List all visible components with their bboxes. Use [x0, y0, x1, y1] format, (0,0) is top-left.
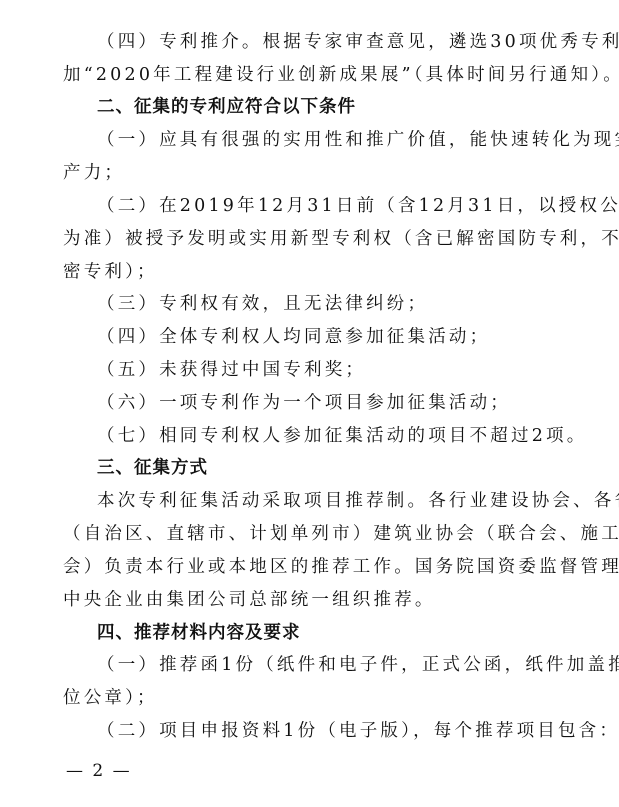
paragraph-line: （一）应具有很强的实用性和推广价值，能快速转化为现实生	[97, 129, 556, 151]
paragraph-line: （六）一项专利作为一个项目参加征集活动；	[97, 392, 556, 414]
paragraph-line: 加“2020年工程建设行业创新成果展”（具体时间另行通知）。	[63, 64, 556, 86]
paragraph-line: （三）专利权有效，且无法律纠纷；	[97, 293, 556, 315]
paragraph-line: （四）全体专利权人均同意参加征集活动；	[97, 326, 556, 348]
paragraph-line: 密专利）；	[63, 261, 556, 283]
paragraph-line: （七）相同专利权人参加征集活动的项目不超过2项。	[97, 425, 556, 447]
paragraph-line: 产力；	[63, 162, 556, 184]
paragraph-line: （自治区、直辖市、计划单列市）建筑业协会（联合会、施工行业协	[63, 523, 556, 545]
paragraph-line: （一）推荐函1份（纸件和电子件，正式公函，纸件加盖推荐单	[97, 654, 556, 676]
paragraph-line: （四）专利推介。根据专家审查意见，遴选30项优秀专利参	[97, 31, 556, 53]
section-heading: 三、征集方式	[97, 457, 556, 479]
paragraph-line: （二）项目申报资料1份（电子版），每个推荐项目包含：申报	[97, 720, 556, 742]
paragraph-line: 位公章）；	[63, 687, 556, 709]
section-heading: 四、推荐材料内容及要求	[97, 622, 556, 644]
paragraph-line: 会）负责本行业或本地区的推荐工作。国务院国资委监督管理的	[63, 556, 556, 578]
paragraph-line: 本次专利征集活动采取项目推荐制。各行业建设协会、各省	[97, 490, 556, 512]
page-number: — 2 —	[66, 760, 132, 782]
paragraph-line: 为准）被授予发明或实用新型专利权（含已解密国防专利，不含保	[63, 228, 556, 250]
section-heading: 二、征集的专利应符合以下条件	[97, 96, 556, 118]
paragraph-line: 中央企业由集团公司总部统一组织推荐。	[63, 589, 556, 611]
document-page: （四）专利推介。根据专家审查意见，遴选30项优秀专利参 加“2020年工程建设行…	[0, 0, 619, 807]
paragraph-line: （五）未获得过中国专利奖；	[97, 359, 556, 381]
paragraph-line: （二）在2019年12月31日前（含12月31日，以授权公告日	[97, 195, 556, 217]
